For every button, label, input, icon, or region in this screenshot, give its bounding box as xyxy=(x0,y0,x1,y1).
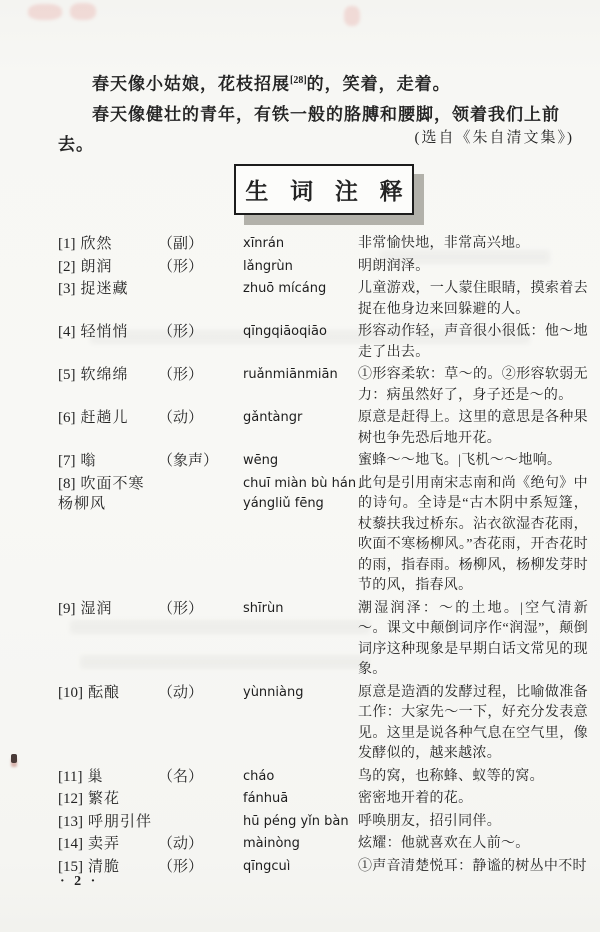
vocab-index: [13] xyxy=(58,814,83,830)
vocab-definition: 炫耀：他就喜欢在人前～。 xyxy=(358,834,588,855)
vocab-entry: [5]软绵绵 （形） ruǎnmiānmiān ①形容柔软：草～的。②形容软弱无… xyxy=(58,365,588,406)
page-number: · 2 · xyxy=(60,874,98,890)
vocab-pinyin: fánhuā xyxy=(243,789,358,810)
vocab-pos: （形） xyxy=(158,322,243,343)
vocab-index: [5] xyxy=(58,367,76,383)
section-title-box: 生 词 注 释 xyxy=(234,164,414,215)
vocab-entry: [1]欣然 （副） xīnrán 非常愉快地，非常高兴地。 xyxy=(58,234,588,255)
vocab-definition: 明朗润泽。 xyxy=(358,257,588,278)
vocab-index: [1] xyxy=(58,236,76,252)
vocab-word-text: 嗡 xyxy=(81,453,97,469)
vocab-entry: [13]呼朋引伴 hū péng yǐn bàn 呼唤朋友，招引同伴。 xyxy=(58,812,588,833)
vocab-pos: （动） xyxy=(158,683,243,704)
vocab-word-text: 巢 xyxy=(87,769,103,785)
vocab-index: [3] xyxy=(58,281,76,297)
vocab-entry: [10]酝酿 （动） yùnniàng 原意是造酒的发酵过程，比喻做准备工作：大… xyxy=(58,683,588,765)
vocab-pinyin: zhuō mícáng xyxy=(243,279,358,300)
vocab-entry: [14]卖弄 （动） màinòng 炫耀：他就喜欢在人前～。 xyxy=(58,834,588,855)
vocab-definition: 形容动作轻，声音很小很低：他～地走了出去。 xyxy=(358,322,588,363)
vocab-word: [4]轻悄悄 xyxy=(58,322,158,343)
vocab-word: [5]软绵绵 xyxy=(58,365,158,386)
vocab-index: [11] xyxy=(58,769,82,785)
vocab-entry: [15]清脆 （形） qīngcuì ①声音清楚悦耳：静谧的树丛中不时 xyxy=(58,857,588,878)
vocab-definition: 呼唤朋友，招引同伴。 xyxy=(358,812,588,833)
vocab-definition: 密密地开着的花。 xyxy=(358,789,588,810)
vocab-definition: 此句是引用南宋志南和尚《绝句》中的诗句。全诗是“古木阴中系短篷，杖藜扶我过桥东。… xyxy=(358,474,588,597)
vocab-entry: [11]巢 （名） cháo 鸟的窝，也称蜂、蚁等的窝。 xyxy=(58,767,588,788)
intro-line-1-tail: 的，笑着，走着。 xyxy=(307,75,451,94)
vocab-entry: [9]湿润 （形） shīrùn 潮湿润泽：～的土地。|空气清新～。课文中颠倒词… xyxy=(58,599,588,681)
vocab-word: [10]酝酿 xyxy=(58,683,158,704)
vocab-index: [6] xyxy=(58,410,76,426)
pen-mark xyxy=(28,4,62,20)
vocab-word-text: 赶趟儿 xyxy=(81,410,129,426)
footnote-ref: [28] xyxy=(290,75,307,86)
vocab-pinyin: xīnrán xyxy=(243,234,358,255)
vocab-pinyin: wēng xyxy=(243,451,358,472)
vocab-index: [7] xyxy=(58,453,76,469)
vocab-index: [2] xyxy=(58,259,76,275)
vocab-pos: （动） xyxy=(158,834,243,855)
vocab-pos: （名） xyxy=(158,767,243,788)
vocab-word: [9]湿润 xyxy=(58,599,158,620)
vocab-pos: （形） xyxy=(158,257,243,278)
vocab-word-text: 捉迷藏 xyxy=(81,281,129,297)
vocab-word-text: 清脆 xyxy=(88,859,120,875)
vocab-list: [1]欣然 （副） xīnrán 非常愉快地，非常高兴地。 [2]朗润 （形） … xyxy=(58,234,588,879)
vocab-pos: （动） xyxy=(158,408,243,429)
vocab-word-text: 欣然 xyxy=(81,236,113,252)
vocab-entry: [8]吹面不寒 杨柳风 chuī miàn bù hán yángliǔ fēn… xyxy=(58,474,588,597)
vocab-definition: ①声音清楚悦耳：静谧的树丛中不时 xyxy=(358,857,588,878)
vocab-pinyin: qīngcuì xyxy=(243,857,358,878)
vocab-pos: （形） xyxy=(158,365,243,386)
vocab-pinyin: lǎngrùn xyxy=(243,257,358,278)
vocab-word-text: 繁花 xyxy=(88,791,120,807)
vocab-word: [7]嗡 xyxy=(58,451,158,472)
vocab-definition: 非常愉快地，非常高兴地。 xyxy=(358,234,588,255)
vocab-word: [2]朗润 xyxy=(58,257,158,278)
vocab-entry: [7]嗡 （象声） wēng 蜜蜂～～地飞。|飞机～～地响。 xyxy=(58,451,588,472)
vocab-index: [9] xyxy=(58,601,76,617)
vocab-index: [12] xyxy=(58,791,83,807)
vocab-entry: [4]轻悄悄 （形） qīngqiāoqiāo 形容动作轻，声音很小很低：他～地… xyxy=(58,322,588,363)
vocab-word-text: 软绵绵 xyxy=(81,367,129,383)
scanned-textbook-page: 春天像小姑娘，花枝招展[28]的，笑着，走着。 春天像健壮的青年，有铁一般的胳膊… xyxy=(0,0,600,932)
vocab-word: [14]卖弄 xyxy=(58,834,158,855)
vocab-pos: （形） xyxy=(158,599,243,620)
vocab-word: [6]赶趟儿 xyxy=(58,408,158,429)
intro-line-1-text: 春天像小姑娘，花枝招展 xyxy=(92,75,290,94)
vocab-definition: 潮湿润泽：～的土地。|空气清新～。课文中颠倒词序作“润湿”，颠倒词序这种现象是早… xyxy=(358,599,588,681)
vocab-entry: [6]赶趟儿 （动） gǎntàngr 原意是赶得上。这里的意思是各种果树也争先… xyxy=(58,408,588,449)
ink-smudge xyxy=(11,754,17,763)
vocab-definition: 蜜蜂～～地飞。|飞机～～地响。 xyxy=(358,451,588,472)
vocab-pinyin: qīngqiāoqiāo xyxy=(243,322,358,343)
vocab-index: [15] xyxy=(58,859,83,875)
vocab-pinyin: ruǎnmiānmiān xyxy=(243,365,358,386)
vocab-word-text: 卖弄 xyxy=(88,836,120,852)
vocab-pinyin: màinòng xyxy=(243,834,358,855)
vocab-entry: [3]捉迷藏 zhuō mícáng 儿童游戏，一人蒙住眼睛，摸索着去捉在他身边… xyxy=(58,279,588,320)
vocab-definition: 原意是赶得上。这里的意思是各种果树也争先恐后地开花。 xyxy=(358,408,588,449)
vocab-entry: [2]朗润 （形） lǎngrùn 明朗润泽。 xyxy=(58,257,588,278)
vocab-definition: 儿童游戏，一人蒙住眼睛，摸索着去捉在他身边来回躲避的人。 xyxy=(358,279,588,320)
vocab-word: [11]巢 xyxy=(58,767,158,788)
vocab-pos: （象声） xyxy=(158,451,243,472)
vocab-word-text: 湿润 xyxy=(81,601,113,617)
intro-line-1: 春天像小姑娘，花枝招展[28]的，笑着，走着。 xyxy=(58,66,574,100)
vocab-definition: ①形容柔软：草～的。②形容软弱无力：病虽然好了，身子还是～的。 xyxy=(358,365,588,406)
vocab-pos: （副） xyxy=(158,234,243,255)
vocab-index: [8] xyxy=(58,476,76,492)
vocab-word-text: 呼朋引伴 xyxy=(88,814,152,830)
vocab-index: [14] xyxy=(58,836,83,852)
vocab-word: [12]繁花 xyxy=(58,789,158,810)
vocab-index: [10] xyxy=(58,685,83,701)
vocab-word: [1]欣然 xyxy=(58,234,158,255)
vocab-pinyin: cháo xyxy=(243,767,358,788)
vocab-definition: 原意是造酒的发酵过程，比喻做准备工作：大家先～一下，好充分发表意见。这里是说各种… xyxy=(358,683,588,765)
vocab-word: [3]捉迷藏 xyxy=(58,279,158,300)
pen-mark xyxy=(70,3,96,20)
vocab-index: [4] xyxy=(58,324,76,340)
section-title: 生 词 注 释 xyxy=(237,173,410,206)
source-attribution: (选自《朱自清文集》) xyxy=(415,126,575,147)
vocab-word-text: 轻悄悄 xyxy=(81,324,129,340)
vocab-pos: （形） xyxy=(158,857,243,878)
vocab-word-text: 酝酿 xyxy=(88,685,120,701)
vocab-pinyin: shīrùn xyxy=(243,599,358,620)
vocab-pinyin: hū péng yǐn bàn xyxy=(243,812,358,833)
vocab-word-text: 朗润 xyxy=(81,259,113,275)
vocab-word: [8]吹面不寒 杨柳风 xyxy=(58,474,158,515)
vocab-pinyin: gǎntàngr xyxy=(243,408,358,429)
vocab-pinyin: chuī miàn bù hán yángliǔ fēng xyxy=(243,474,358,515)
vocab-definition: 鸟的窝，也称蜂、蚁等的窝。 xyxy=(358,767,588,788)
vocab-pinyin: yùnniàng xyxy=(243,683,358,704)
vocab-entry: [12]繁花 fánhuā 密密地开着的花。 xyxy=(58,789,588,810)
vocab-word: [13]呼朋引伴 xyxy=(58,812,158,833)
pen-mark xyxy=(344,6,360,26)
